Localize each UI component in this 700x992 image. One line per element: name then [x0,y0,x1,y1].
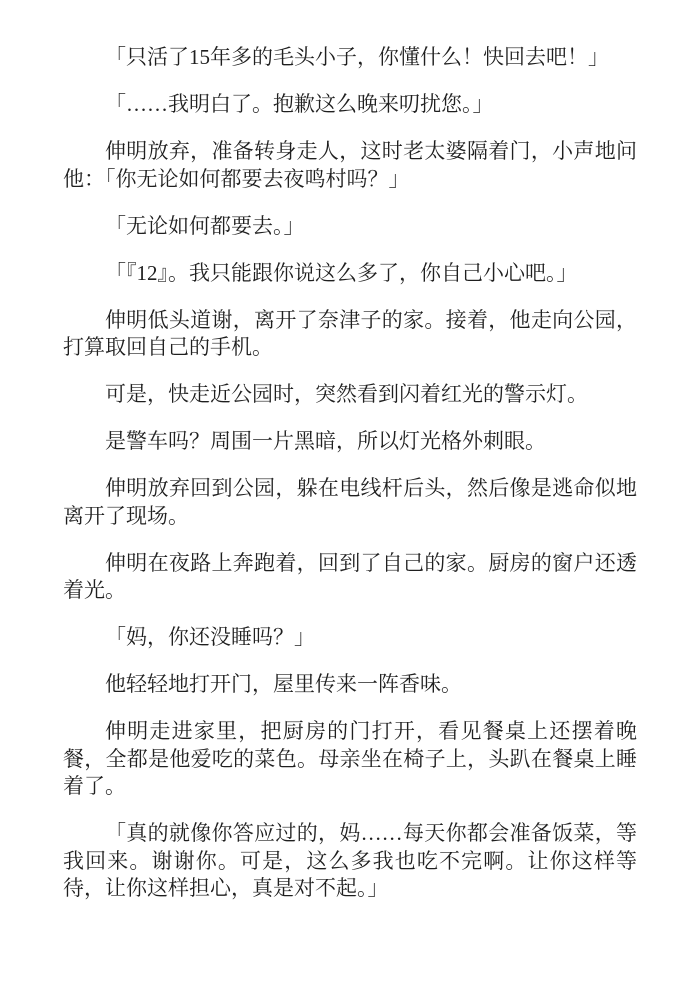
paragraph: 伸明放弃，准备转身走人，这时老太婆隔着门，小声地问他：「你无论如何都要去夜鸣村吗… [63,138,637,193]
book-page: 「只活了15年多的毛头小子，你懂什么！快回去吧！」 「……我明白了。抱歉这么晚来… [0,0,700,992]
paragraph: 「妈，你还没睡吗？」 [63,624,637,652]
paragraph: 可是，快走近公园时，突然看到闪着红光的警示灯。 [63,381,637,409]
paragraph: 伸明在夜路上奔跑着，回到了自己的家。厨房的窗户还透着光。 [63,550,637,605]
paragraph: 「无论如何都要去。」 [63,213,637,241]
paragraph: 伸明走进家里，把厨房的门打开，看见餐桌上还摆着晚餐，全都是他爱吃的菜色。母亲坐在… [63,718,637,801]
paragraph: 「只活了15年多的毛头小子，你懂什么！快回去吧！」 [63,44,637,72]
paragraph: 「真的就像你答应过的，妈……每天你都会准备饭菜，等我回来。谢谢你。可是，这么多我… [63,820,637,903]
text-block: 「只活了15年多的毛头小子，你懂什么！快回去吧！」 「……我明白了。抱歉这么晚来… [63,44,637,922]
paragraph: 他轻轻地打开门，屋里传来一阵香味。 [63,671,637,699]
paragraph: 是警车吗？周围一片黑暗，所以灯光格外刺眼。 [63,428,637,456]
paragraph: 「『12』。我只能跟你说这么多了，你自己小心吧。」 [63,260,637,288]
paragraph: 伸明低头道谢，离开了奈津子的家。接着，他走向公园，打算取回自己的手机。 [63,307,637,362]
paragraph: 「……我明白了。抱歉这么晚来叨扰您。」 [63,91,637,119]
paragraph: 伸明放弃回到公园，躲在电线杆后头，然后像是逃命似地离开了现场。 [63,475,637,530]
